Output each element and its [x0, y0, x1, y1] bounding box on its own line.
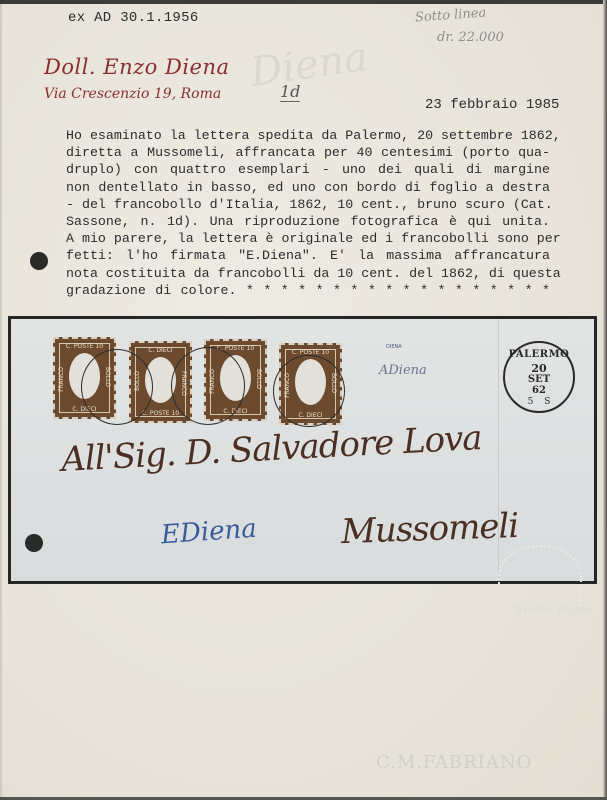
- body-line: non dentellato in basso, ed uno con bord…: [66, 179, 550, 196]
- palermo-postmark: PALERMO 20 SET 62 5 S: [503, 341, 575, 413]
- cancel-circle: [273, 355, 345, 427]
- expert-handstamp: DIENA: [386, 344, 402, 350]
- body-line: gradazione di colore. * * * * * * * * * …: [66, 282, 550, 299]
- body-line: A mio parere, la lettera è originale ed …: [66, 230, 550, 247]
- letterhead-name: Doll. Enzo Diena: [44, 55, 230, 79]
- punch-hole: [30, 252, 48, 270]
- cancel-circle: [81, 349, 153, 425]
- stamp-inscription-right: BOLLO: [255, 369, 262, 389]
- body-line: fetti: l'ho firmata "E.Diena". E' la mas…: [66, 247, 550, 264]
- postmark-city: PALERMO: [505, 349, 573, 360]
- reference-line: ex AD 30.1.1956: [68, 10, 199, 26]
- page-right-edge: [603, 0, 607, 800]
- pencil-note-line2: dr. 22.000: [437, 30, 504, 45]
- body-line: - del francobollo d'Italia, 1862, 10 cen…: [66, 196, 550, 213]
- embossed-seal-text: DIENA ROMA: [515, 605, 592, 614]
- page-top-edge: [0, 0, 607, 4]
- body-line: diretta a Mussomeli, affrancata per 40 c…: [66, 144, 550, 161]
- postmark-time: 5 S: [505, 397, 573, 407]
- letterhead-address: Via Crescenzio 19, Roma: [44, 86, 221, 102]
- body-line: nota costituita da francobolli da 10 cen…: [66, 265, 550, 282]
- catalogue-pencil-note: 1d: [280, 82, 300, 102]
- address-town: Mussomeli: [340, 506, 518, 552]
- stamp-inscription-top: C. DIECI: [131, 347, 190, 354]
- body-line: Sassone, n. 1d). Una riproduzione fotogr…: [66, 213, 550, 230]
- cancel-circle: [171, 347, 245, 425]
- postmark-year: 62: [505, 385, 573, 396]
- punch-hole: [25, 534, 43, 552]
- page-left-edge: [0, 4, 2, 797]
- postmark-month: SET: [505, 374, 573, 385]
- embossed-seal: [498, 545, 582, 607]
- body-line: druplo) con quattro esemplari - uno dei …: [66, 161, 550, 178]
- certificate-body: Ho esaminato la lettera spedita da Paler…: [66, 127, 550, 299]
- stamp-inscription-left: FRANCO: [58, 367, 65, 392]
- paper-watermark: C.M.FABRIANO: [376, 752, 532, 773]
- cover-photo: C. POSTE 10C. DIECIFRANCOBOLLOC. DIECIC.…: [8, 316, 597, 584]
- certificate-date: 23 febbraio 1985: [425, 97, 559, 113]
- expert-initials: ADiena: [379, 363, 427, 378]
- stamp-inscription-top: C. POSTE 10: [55, 343, 114, 350]
- body-line: Ho esaminato la lettera spedita da Paler…: [66, 127, 550, 144]
